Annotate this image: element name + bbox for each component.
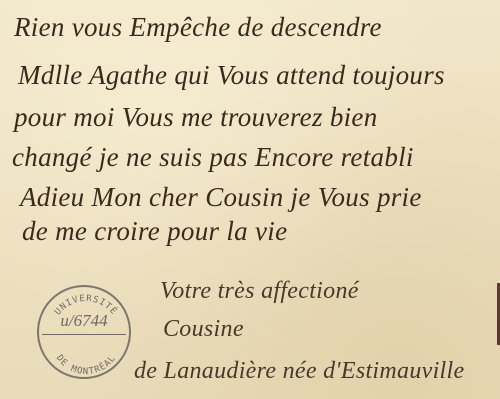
letter-line-2: Mdlle Agathe qui Vous attend toujours	[18, 60, 445, 91]
archive-stamp: UNIVERSITÉ DE MONTRÉAL u/6744	[37, 285, 131, 379]
stamp-divider	[42, 334, 126, 335]
svg-text:DE MONTRÉAL: DE MONTRÉAL	[54, 353, 118, 377]
letter-line-3: pour moi Vous me trouverez bien	[14, 102, 378, 133]
signature: de Lanaudière née d'Estimauville	[134, 358, 464, 385]
letter-line-5: Adieu Mon cher Cousin je Vous prie	[20, 182, 422, 213]
closing-line-1: Votre très affectioné	[160, 278, 359, 305]
letter-line-6: de me croire pour la vie	[22, 216, 287, 247]
stamp-bottom-text: DE MONTRÉAL	[54, 353, 118, 377]
stamp-catalog-number: u/6744	[39, 311, 129, 331]
closing-line-2: Cousine	[163, 316, 244, 343]
letter-line-1: Rien vous Empêche de descendre	[14, 12, 382, 43]
letter-line-4: changé je ne suis pas Encore retabli	[12, 142, 414, 173]
